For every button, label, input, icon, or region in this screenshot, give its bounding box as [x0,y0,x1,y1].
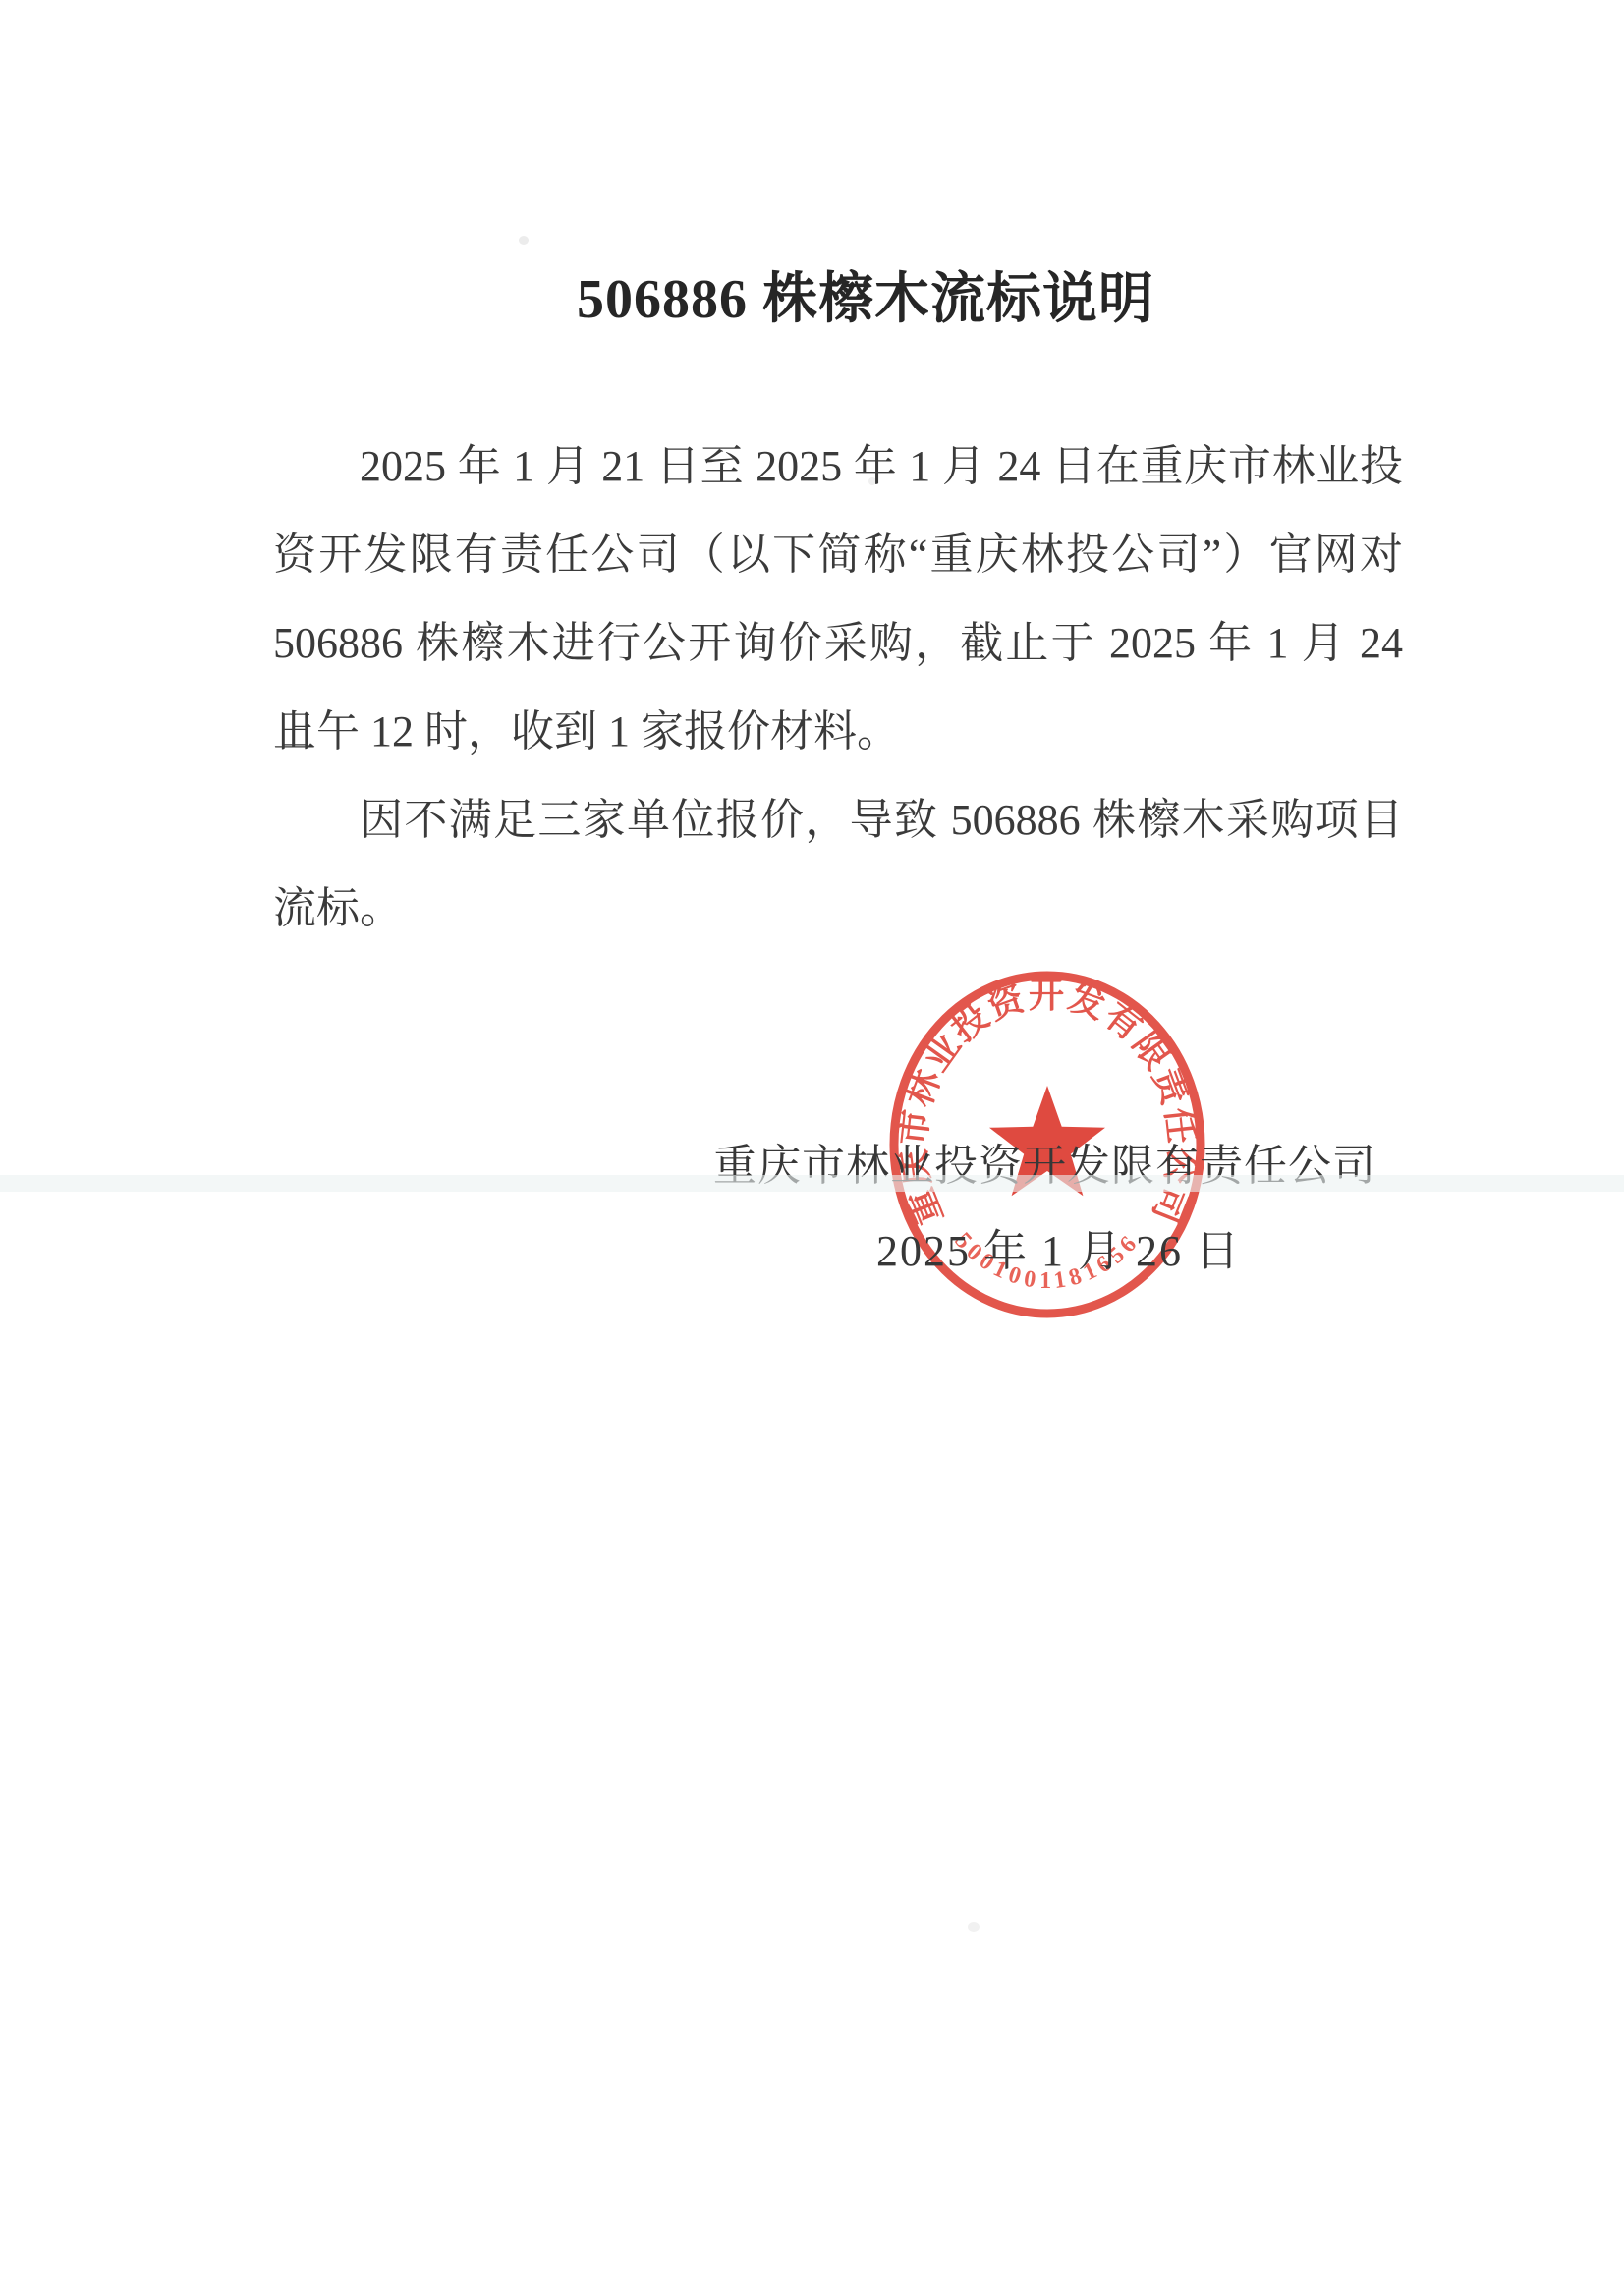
body-line-4: 上午 12 时，收到 1 家报价材料。 [273,688,1403,776]
signature-date: 2025 年 1 月 26 日 [876,1215,1241,1278]
body-line-2: 资开发限有责任公司（以下简称“重庆林投公司”）官网对 [273,511,1403,599]
scan-speck [968,1922,980,1932]
scan-speck [519,236,529,245]
body-line-1: 2025 年 1 月 21 日至 2025 年 1 月 24 日在重庆市林业投 [273,422,1403,511]
body-line-6: 流标。 [273,865,1403,953]
body-line-3: 506886 株檫木进行公开询价采购，截止于 2025 年 1 月 24 日 [273,599,1403,688]
scan-artifact-band [0,1175,1624,1192]
document-body: 2025 年 1 月 21 日至 2025 年 1 月 24 日在重庆市林业投 … [273,422,1403,953]
scanned-document-page: 506886 株檫木流标说明 2025 年 1 月 21 日至 2025 年 1… [0,0,1624,2296]
body-line-5: 因不满足三家单位报价，导致 506886 株檫木采购项目 [273,776,1403,865]
document-title: 506886 株檫木流标说明 [273,265,1430,334]
